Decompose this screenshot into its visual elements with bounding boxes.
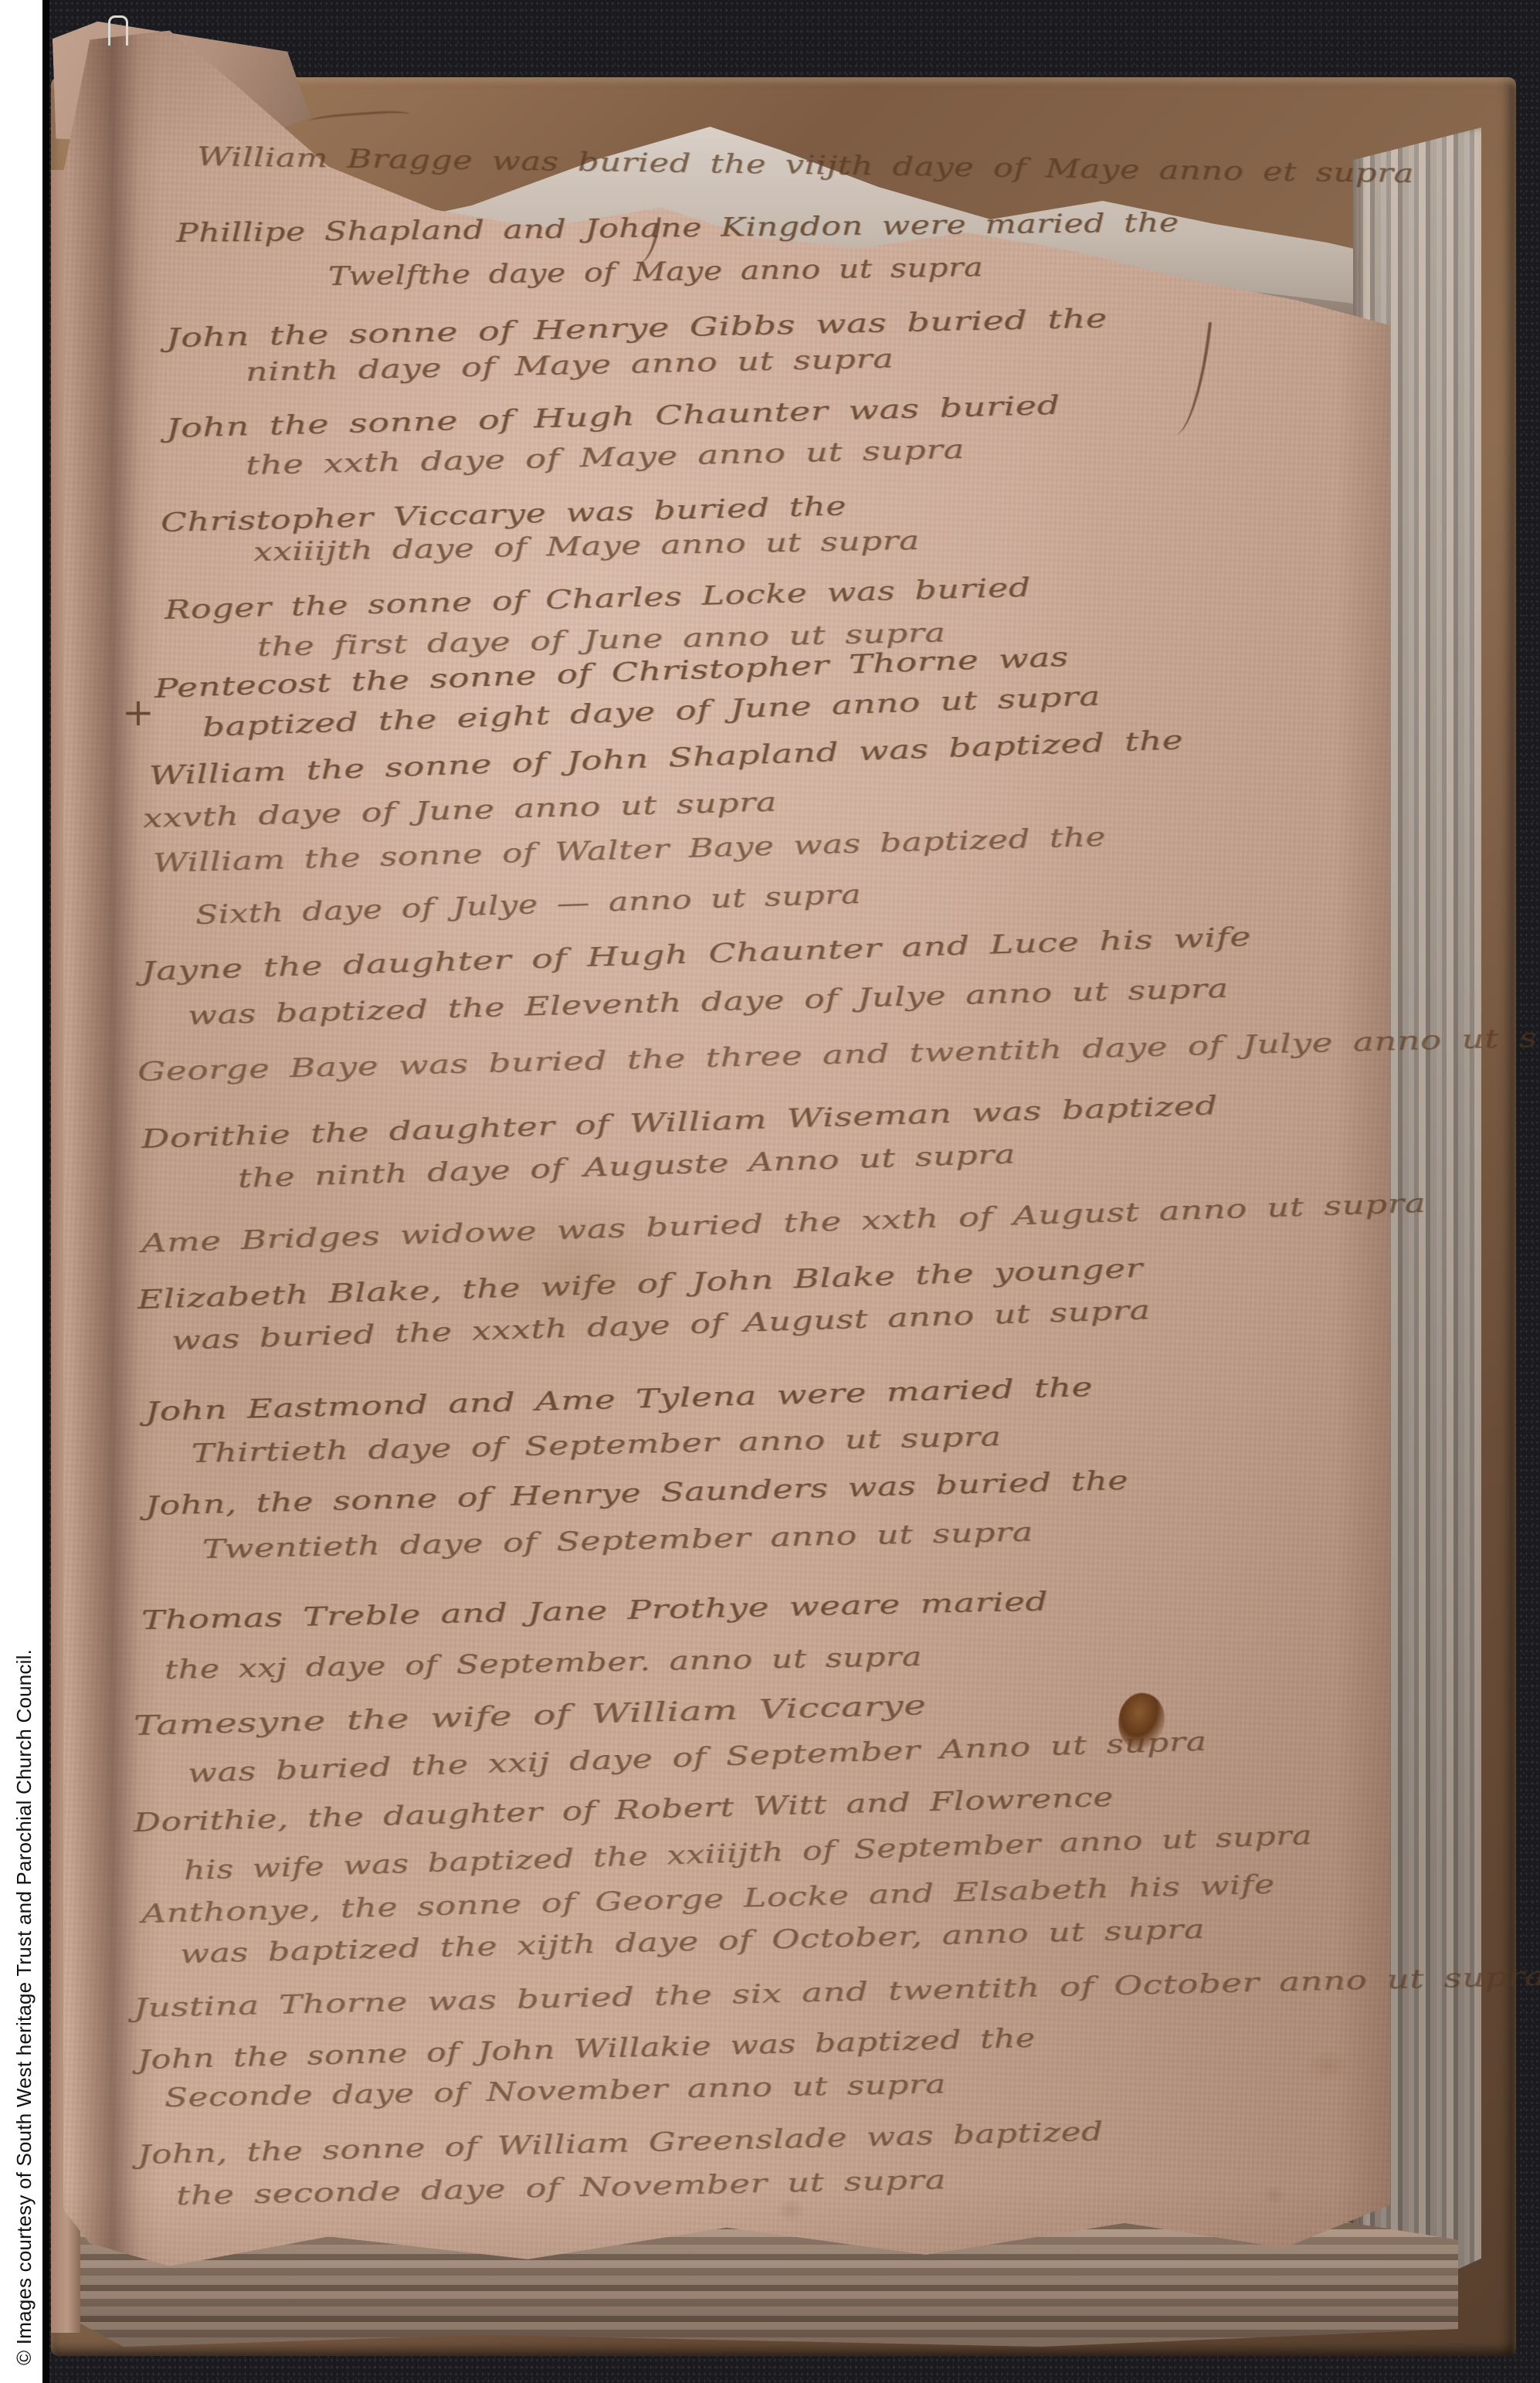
register-entry-line: the xxth daye of Maye anno ut supra [246, 434, 965, 481]
register-entry-line: Ame Bridges widowe was buried the xxth o… [141, 1188, 1426, 1259]
register-entry-line: Thirtieth daye of September anno ut supr… [192, 1421, 1002, 1469]
stain-mark [463, 1190, 695, 1360]
flourish-mark [1175, 320, 1212, 438]
register-entry-line: the seconde daye of November ut supra [176, 2164, 947, 2212]
register-entry-line: John, the sonne of Henrye Saunders was b… [144, 1465, 1128, 1522]
register-entry-line: Dorithie, the daughter of Robert Witt an… [133, 1782, 1114, 1838]
screenshot-stage: William Bragge was buried the viijth day… [0, 0, 1540, 2383]
register-entry-line: xxvth daye of June anno ut supra [142, 787, 777, 834]
register-entry-line: Dorithie the daughter of William Wiseman… [141, 1090, 1218, 1155]
register-entry-line: Twelfthe daye of Maye anno ut supra [328, 252, 984, 292]
register-entry-line: Justina Thorne was buried the six and tw… [134, 1961, 1540, 2024]
register-entry-line: Twentieth daye of September anno ut supr… [202, 1516, 1034, 1565]
copyright-text: © Images courtesy of South West heritage… [12, 1649, 36, 2365]
register-entry-line: John Eastmond and Ame Tylena were maried… [144, 1372, 1093, 1427]
copyright-strip: © Images courtesy of South West heritage… [0, 0, 42, 2383]
register-entry-line: Sixth daye of Julye — anno ut supra [195, 879, 861, 931]
ink-layer: William Bragge was buried the viijth day… [0, 0, 1540, 2383]
squiggle-mark [309, 109, 410, 126]
clip-mark [108, 15, 128, 46]
stain-mark [1263, 2186, 1286, 2205]
register-entry-line: Tamesyne the wife of William Viccarye [133, 1690, 926, 1742]
register-entry-line: Thomas Treble and Jane Prothye weare mar… [141, 1586, 1049, 1636]
register-entry-line: William Bragge was buried the viijth day… [197, 141, 1414, 189]
register-entry-line: Seconde daye of November anno ut supra [165, 2069, 947, 2113]
register-entry-line: John, the sonne of William Greenslade wa… [137, 2116, 1104, 2171]
register-entry-line: was baptized the Eleventh daye of Julye … [187, 973, 1229, 1031]
strip-divider-bar [42, 0, 49, 2383]
register-entry-line: John the sonne of John Willakie was bapt… [137, 2023, 1036, 2076]
stain-mark [776, 2198, 806, 2222]
register-entry-line: the xxj daye of September. anno ut supra [165, 1641, 923, 1685]
cross-mark: + [122, 690, 161, 732]
register-entry-line: George Baye was buried the three and twe… [137, 1020, 1540, 1088]
stain-mark [1307, 2049, 1348, 2083]
register-entry-line: Phillipe Shapland and Johane Kingdon wer… [176, 207, 1179, 249]
register-entry-line: John the sonne of Henrye Gibbs was burie… [166, 303, 1108, 354]
